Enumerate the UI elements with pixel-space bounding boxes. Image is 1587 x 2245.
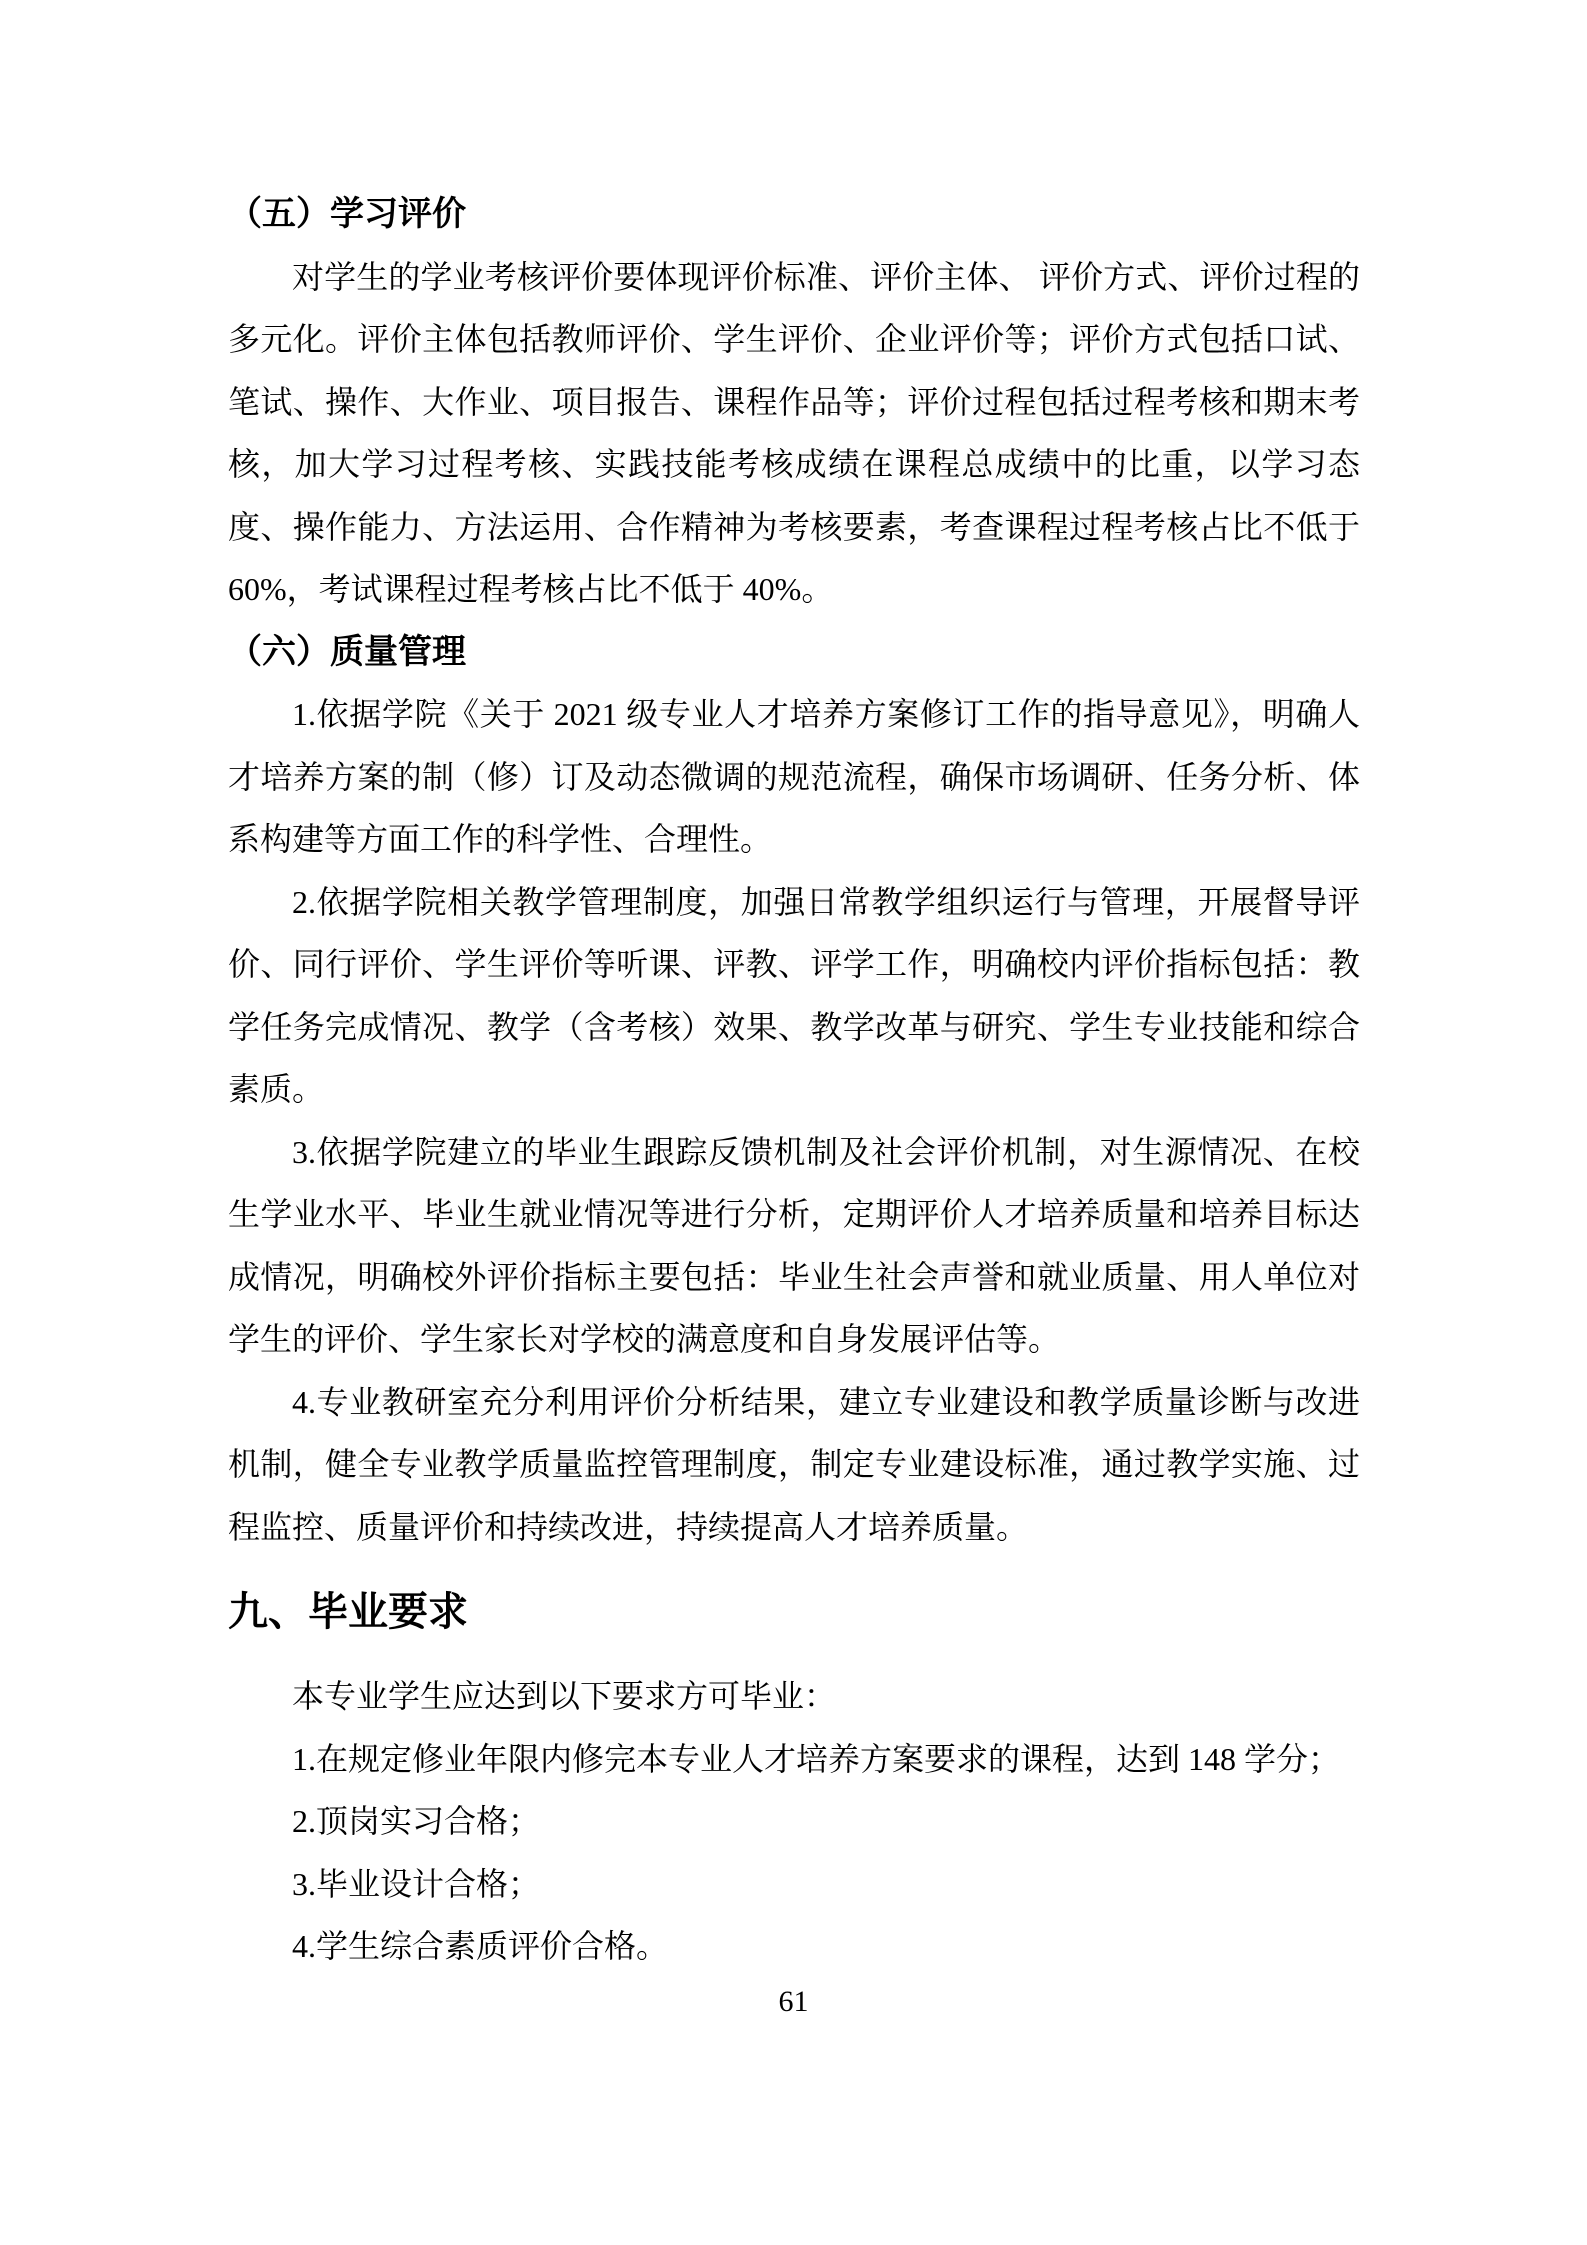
graduation-requirement-1: 1.在规定修业年限内修完本专业人才培养方案要求的课程，达到 148 学分； xyxy=(228,1728,1360,1791)
section-5-paragraph: 对学生的学业考核评价要体现评价标准、评价主体、 评价方式、评价过程的多元化。评价… xyxy=(228,246,1360,621)
section-6-heading: （六）质量管理 xyxy=(228,621,1360,684)
document-page: （五）学习评价 对学生的学业考核评价要体现评价标准、评价主体、 评价方式、评价过… xyxy=(0,0,1587,2245)
graduation-requirement-4: 4.学生综合素质评价合格。 xyxy=(228,1915,1360,1978)
section-6-item-2: 2.依据学院相关教学管理制度，加强日常教学组织运行与管理，开展督导评价、同行评价… xyxy=(228,871,1360,1121)
section-6-item-3: 3.依据学院建立的毕业生跟踪反馈机制及社会评价机制，对生源情况、在校生学业水平、… xyxy=(228,1121,1360,1371)
section-9-intro: 本专业学生应达到以下要求方可毕业： xyxy=(228,1665,1360,1728)
graduation-requirement-3: 3.毕业设计合格； xyxy=(228,1853,1360,1916)
page-content: （五）学习评价 对学生的学业考核评价要体现评价标准、评价主体、 评价方式、评价过… xyxy=(228,183,1360,1978)
section-5-heading: （五）学习评价 xyxy=(228,183,1360,246)
section-9-heading: 九、毕业要求 xyxy=(228,1578,1360,1646)
graduation-requirement-2: 2.顶岗实习合格； xyxy=(228,1790,1360,1853)
page-number: 61 xyxy=(0,1985,1587,2019)
section-6-item-1: 1.依据学院《关于 2021 级专业人才培养方案修订工作的指导意见》，明确人才培… xyxy=(228,683,1360,871)
section-6-item-4: 4.专业教研室充分利用评价分析结果，建立专业建设和教学质量诊断与改进机制，健全专… xyxy=(228,1371,1360,1559)
